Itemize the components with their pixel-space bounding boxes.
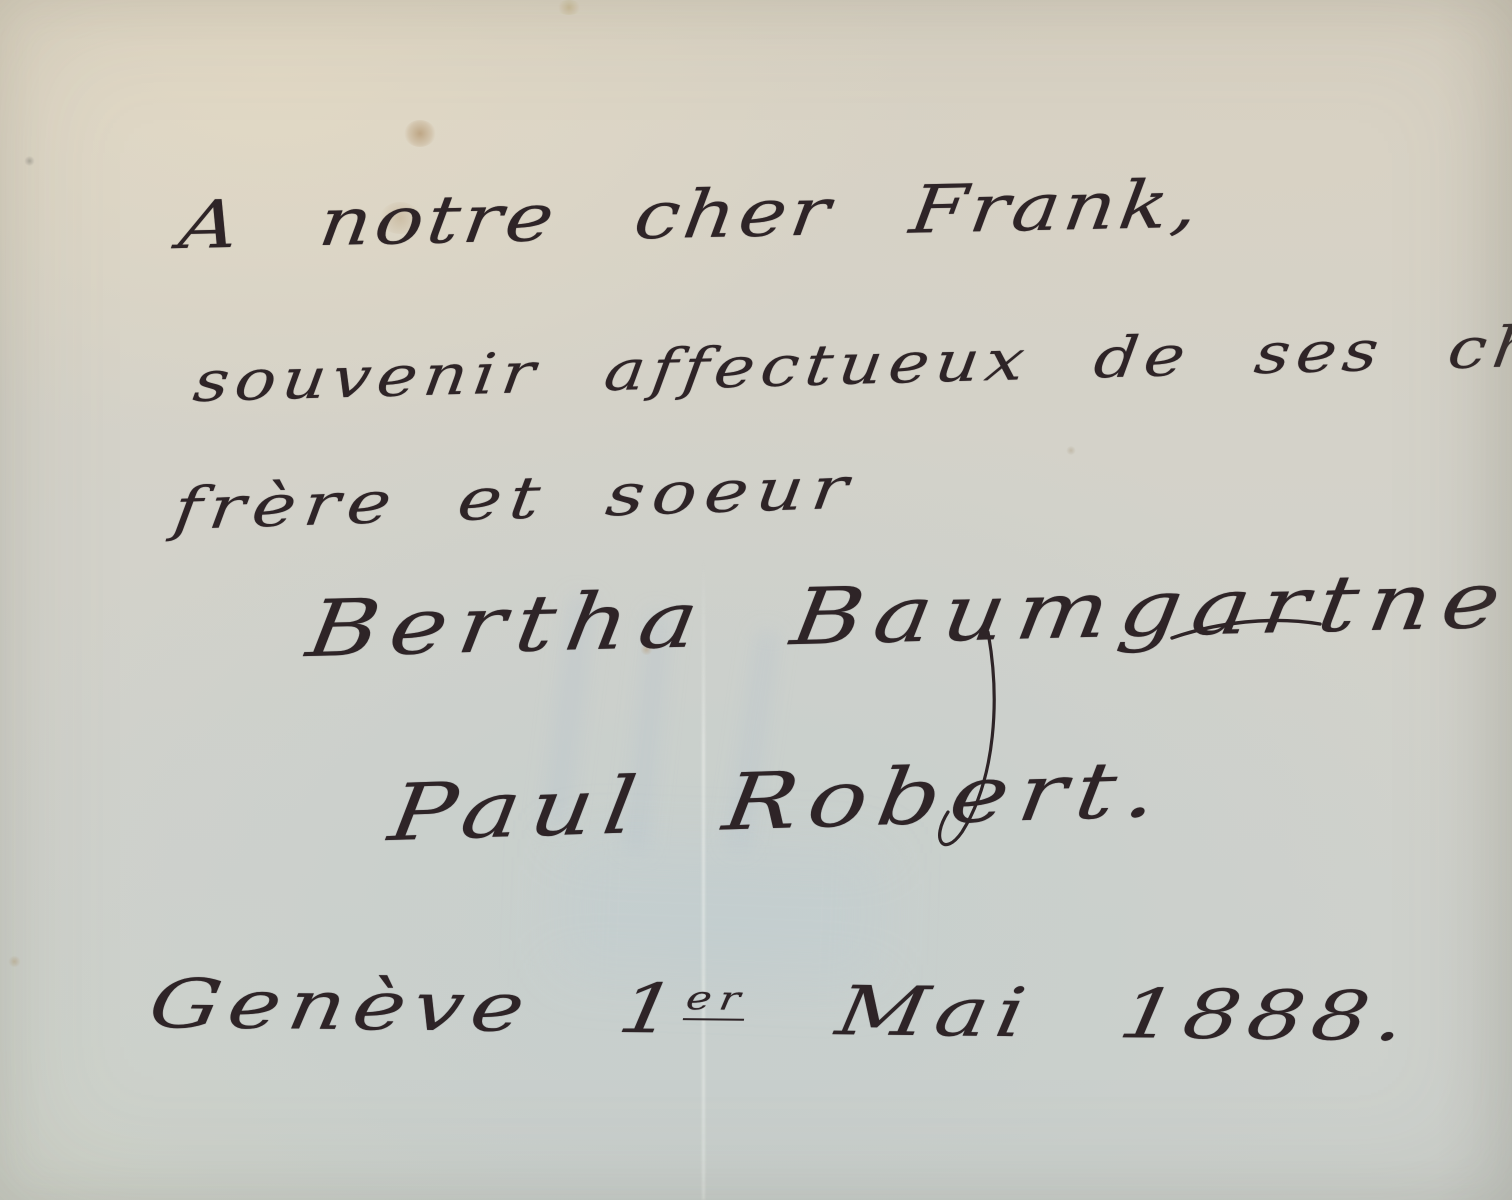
- dateline-place-day: Genève 1: [143, 965, 689, 1049]
- dateline-month-year: Mai 1888.: [743, 971, 1419, 1057]
- showthrough-ghost: [558, 840, 882, 981]
- inscription-photo: A notre cher Frank, souvenir affectueux …: [0, 0, 1512, 1200]
- foxing-spot: [8, 956, 21, 967]
- dateline-ordinal-superscript: er: [683, 981, 751, 1020]
- foxing-spot: [556, 0, 582, 15]
- dateline: Genève 1er Mai 1888.: [144, 968, 1419, 1056]
- signature-flourish: [1168, 600, 1328, 656]
- foxing-spot: [404, 120, 436, 147]
- foxing-spot: [1066, 446, 1076, 455]
- signature-paul-robert: Paul Robert.: [384, 747, 1173, 858]
- inscription-line-salutation: A notre cher Frank,: [175, 168, 1206, 262]
- foxing-spot: [24, 156, 35, 166]
- signature-descender: [900, 628, 1030, 878]
- inscription-line-souvenir: souvenir affectueux de ses chers: [190, 313, 1512, 413]
- inscription-line-frere-et-soeur: frère et soeur: [170, 456, 859, 541]
